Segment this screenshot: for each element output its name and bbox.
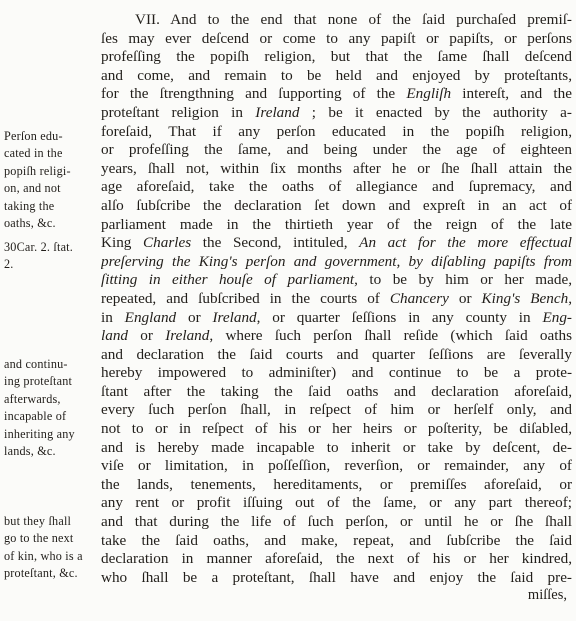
text-segment: hereby impowered to adminiſter) and cont… — [101, 364, 572, 381]
body-line: VII. And to the end that none of the ſai… — [101, 11, 572, 30]
italic-text-segment: Charles — [143, 234, 191, 251]
body-line: take the ſaid oaths, and make, repeat, a… — [101, 532, 572, 551]
body-line: and is hereby made incapable to inherit … — [101, 439, 572, 458]
body-line: every ſuch perſon ſhall, in reſpect of h… — [101, 401, 572, 420]
text-segment: parliament made in the thirtieth year of… — [101, 216, 572, 233]
text-segment: in — [101, 309, 125, 326]
text-segment: King — [101, 234, 143, 251]
text-segment: not to or in reſpect of his or her heirs… — [101, 420, 572, 437]
text-segment: or — [128, 327, 165, 344]
margin-note-statute-citation: 30Car. 2. ſtat. 2. — [4, 239, 100, 274]
body-line: land or Ireland, where ſuch perſon ſhall… — [101, 327, 572, 346]
italic-text-segment: Ireland — [165, 327, 209, 344]
text-segment: the Second, intituled, — [191, 234, 359, 251]
body-line: and declaration the ſaid courts and quar… — [101, 346, 572, 365]
body-line: for the ſtrengthning and ſupporting of t… — [101, 85, 572, 104]
text-segment: VII. And to the end that none of the ſai… — [135, 11, 572, 28]
text-segment: declaration in manner aforeſaid, the nex… — [101, 550, 572, 567]
body-line: who ſhall be a proteſtant, ſhall have an… — [101, 569, 572, 588]
italic-text-segment: land — [101, 327, 128, 344]
text-segment: age aforeſaid, take the oaths of allegia… — [101, 178, 572, 195]
italic-text-segment: preſerving the King's perſon and governm… — [101, 253, 572, 270]
text-segment: , or quarter ſeſſions in any county in — [257, 309, 543, 326]
italic-text-segment: Engliſh — [406, 85, 451, 102]
text-segment: for the ſtrengthning and ſupporting of t… — [101, 85, 406, 102]
text-segment: the lands, tenements, hereditaments, or … — [101, 476, 572, 493]
text-segment: profeſſing the popiſh religion, but that… — [101, 48, 572, 65]
margin-note-person-educated: Perſon edu- cated in the popiſh religi- … — [4, 128, 100, 232]
body-line: parliament made in the thirtieth year of… — [101, 216, 572, 235]
text-segment: and declaration the ſaid courts and quar… — [101, 346, 572, 363]
body-line: age aforeſaid, take the oaths of allegia… — [101, 178, 572, 197]
body-line: years, ſhall not, within ſix months afte… — [101, 160, 572, 179]
text-segment: ſes may ever deſcend or come to any papi… — [101, 30, 572, 47]
body-line: or profeſſing the ſame, and being under … — [101, 141, 572, 160]
body-line: the lands, tenements, hereditaments, or … — [101, 476, 572, 495]
text-segment: every ſuch perſon ſhall, in reſpect of h… — [101, 401, 572, 418]
margin-note-continuing-protestant: and continu- ing proteſtant afterwards, … — [4, 356, 100, 460]
text-segment: intereſt, and the — [451, 85, 572, 102]
margin-note-next-of-kin: but they ſhall go to the next of kin, wh… — [4, 513, 100, 583]
body-line: viſe or limitation, in poſſeſſion, rever… — [101, 457, 572, 476]
italic-text-segment: England — [125, 309, 176, 326]
body-line: preſerving the King's perſon and governm… — [101, 253, 572, 272]
text-segment: or — [449, 290, 482, 307]
text-segment: and that during the life of ſuch perſon,… — [101, 513, 572, 530]
catchword: miſſes, — [101, 587, 567, 604]
body-line: declaration in manner aforeſaid, the nex… — [101, 550, 572, 569]
body-line: ſtant after the taking the ſaid oaths an… — [101, 383, 572, 402]
body-line: in England or Ireland, or quarter ſeſſio… — [101, 309, 572, 328]
text-segment: , — [568, 290, 572, 307]
text-segment: any rent or profit iſſuing out of the ſa… — [101, 494, 572, 511]
text-segment: and is hereby made incapable to inherit … — [101, 439, 572, 456]
body-line: ſitting in either houſe of parliament, t… — [101, 271, 572, 290]
text-segment: repeated, and ſubſcribed in the courts o… — [101, 290, 390, 307]
text-segment: viſe or limitation, in poſſeſſion, rever… — [101, 457, 572, 474]
body-line: proteſtant religion in Ireland ; be it e… — [101, 104, 572, 123]
text-segment: take the ſaid oaths, and make, repeat, a… — [101, 532, 572, 549]
body-text: VII. And to the end that none of the ſai… — [101, 11, 572, 587]
body-line: alſo ſubſcribe the declaration ſet down … — [101, 197, 572, 216]
italic-text-segment: King's Bench — [482, 290, 569, 307]
italic-text-segment: Ireland — [212, 309, 256, 326]
text-segment: and come, and remain to be held and enjo… — [101, 67, 572, 84]
body-line: foreſaid, That if any perſon educated in… — [101, 123, 572, 142]
text-segment: or profeſſing the ſame, and being under … — [101, 141, 572, 158]
body-line: repeated, and ſubſcribed in the courts o… — [101, 290, 572, 309]
body-line: hereby impowered to adminiſter) and cont… — [101, 364, 572, 383]
text-segment: foreſaid, That if any perſon educated in… — [101, 123, 572, 140]
italic-text-segment: Chancery — [390, 290, 449, 307]
document-page: Perſon edu- cated in the popiſh religi- … — [0, 0, 576, 621]
italic-text-segment: Eng- — [542, 309, 572, 326]
body-line: profeſſing the popiſh religion, but that… — [101, 48, 572, 67]
italic-text-segment: Ireland — [255, 104, 299, 121]
text-segment: ſtant after the taking the ſaid oaths an… — [101, 383, 572, 400]
body-line: and come, and remain to be held and enjo… — [101, 67, 572, 86]
text-segment: , where ſuch perſon ſhall reſide (which … — [209, 327, 572, 344]
italic-text-segment: ſitting in either houſe of parliament — [101, 271, 354, 288]
body-line: King Charles the Second, intituled, An a… — [101, 234, 572, 253]
body-line: not to or in reſpect of his or her heirs… — [101, 420, 572, 439]
body-line: and that during the life of ſuch perſon,… — [101, 513, 572, 532]
text-segment: proteſtant religion in — [101, 104, 255, 121]
text-segment: years, ſhall not, within ſix months afte… — [101, 160, 572, 177]
text-segment: ; be it enacted by the authority a- — [299, 104, 572, 121]
text-segment: alſo ſubſcribe the declaration ſet down … — [101, 197, 572, 214]
body-line: any rent or profit iſſuing out of the ſa… — [101, 494, 572, 513]
body-line: ſes may ever deſcend or come to any papi… — [101, 30, 572, 49]
text-segment: , to be by him or her made, — [354, 271, 572, 288]
text-segment: who ſhall be a proteſtant, ſhall have an… — [101, 569, 572, 586]
text-segment: or — [176, 309, 212, 326]
italic-text-segment: An act for the more effectual — [359, 234, 572, 251]
